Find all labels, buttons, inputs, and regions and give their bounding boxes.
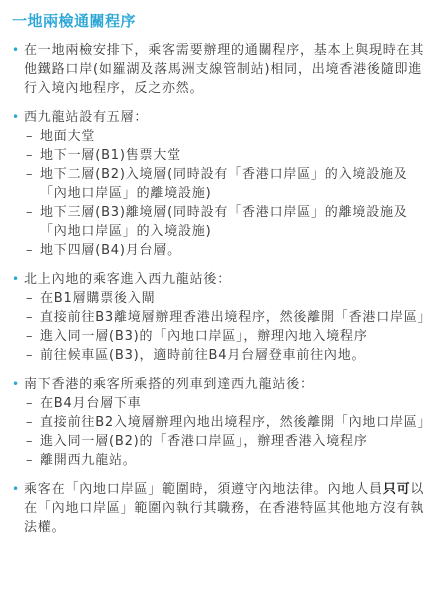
dash-icon: – — [26, 432, 33, 451]
sub-item: –進入同一層(B3)的「內地口岸區」，辦理內地入境程序 — [24, 327, 427, 346]
bullet-icon: • — [12, 108, 20, 127]
bullet-text: 北上內地的乘客進入西九龍站後： — [24, 272, 231, 287]
sub-item: –直接前往B3離境層辦理香港出境程序，然後離開「香港口岸區」 — [24, 308, 427, 327]
dash-icon: – — [26, 165, 33, 184]
bullet-list: • 在一地兩檢安排下，乘客需要辦理的通關程序，基本上與現時在其他鐵路口岸(如羅湖… — [12, 41, 427, 537]
sub-item: –地下四層(B4)月台層。 — [24, 241, 427, 260]
bullet-text: 西九龍站設有五層： — [24, 110, 148, 125]
dash-icon: – — [26, 241, 33, 260]
dash-icon: – — [26, 308, 33, 327]
dash-icon: – — [26, 289, 33, 308]
sub-list: –地面大堂 –地下一層(B1)售票大堂 –地下二層(B2)入境層(同時設有「香港… — [24, 127, 427, 260]
dash-icon: – — [26, 327, 33, 346]
bullet-item-intro: • 在一地兩檢安排下，乘客需要辦理的通關程序，基本上與現時在其他鐵路口岸(如羅湖… — [12, 41, 427, 98]
bullet-item-southbound: • 南下香港的乘客所乘搭的列車到達西九龍站後： –在B4月台層下車 –直接前往B… — [12, 375, 427, 470]
bullet-icon: • — [12, 375, 20, 394]
dash-icon: – — [26, 413, 33, 432]
sub-item: –進入同一層(B2)的「香港口岸區」，辦理香港入境程序 — [24, 432, 427, 451]
dash-icon: – — [26, 127, 33, 146]
sub-item: –在B1層購票後入閘 — [24, 289, 427, 308]
bullet-icon: • — [12, 41, 20, 60]
bullet-text: 南下香港的乘客所乘搭的列車到達西九龍站後： — [24, 377, 314, 392]
dash-icon: – — [26, 394, 33, 413]
sub-item: –離開西九龍站。 — [24, 451, 427, 470]
sub-item: –地下一層(B1)售票大堂 — [24, 146, 427, 165]
bullet-item-northbound: • 北上內地的乘客進入西九龍站後： –在B1層購票後入閘 –直接前往B3離境層辦… — [12, 270, 427, 365]
sub-item: –在B4月台層下車 — [24, 394, 427, 413]
sub-item: –前往候車區(B3)，適時前往B4月台層登車前往內地。 — [24, 346, 427, 365]
sub-item: –地下二層(B2)入境層(同時設有「香港口岸區」的入境設施及「內地口岸區」的離境… — [24, 165, 427, 203]
page-title: 一地兩檢通關程序 — [12, 10, 427, 31]
bullet-icon: • — [12, 480, 20, 499]
bullet-text-bold: 只可 — [383, 482, 411, 497]
bullet-text-before: 乘客在「內地口岸區」範圍時，須遵守內地法律。內地人員 — [24, 482, 383, 497]
sub-list: –在B4月台層下車 –直接前往B2入境層辦理內地出境程序，然後離開「內地口岸區」… — [24, 394, 427, 470]
sub-item: –地面大堂 — [24, 127, 427, 146]
dash-icon: – — [26, 203, 33, 222]
dash-icon: – — [26, 146, 33, 165]
dash-icon: – — [26, 451, 33, 470]
bullet-text: 在一地兩檢安排下，乘客需要辦理的通關程序，基本上與現時在其他鐵路口岸(如羅湖及落… — [24, 43, 424, 96]
bullet-icon: • — [12, 270, 20, 289]
document-page: 一地兩檢通關程序 • 在一地兩檢安排下，乘客需要辦理的通關程序，基本上與現時在其… — [0, 0, 435, 537]
bullet-item-jurisdiction: • 乘客在「內地口岸區」範圍時，須遵守內地法律。內地人員只可以在「內地口岸區」範… — [12, 480, 427, 537]
dash-icon: – — [26, 346, 33, 365]
bullet-item-floors: • 西九龍站設有五層： –地面大堂 –地下一層(B1)售票大堂 –地下二層(B2… — [12, 108, 427, 260]
sub-list: –在B1層購票後入閘 –直接前往B3離境層辦理香港出境程序，然後離開「香港口岸區… — [24, 289, 427, 365]
sub-item: –地下三層(B3)離境層(同時設有「香港口岸區」的離境設施及「內地口岸區」的入境… — [24, 203, 427, 241]
sub-item: –直接前往B2入境層辦理內地出境程序，然後離開「內地口岸區」 — [24, 413, 427, 432]
